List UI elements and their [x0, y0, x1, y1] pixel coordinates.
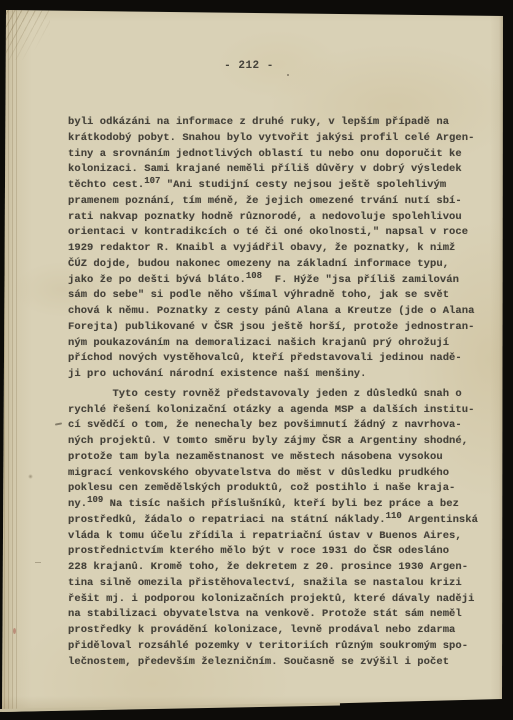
text-line: jako že po dešti bývá bláto.108 F. Hýže …: [68, 273, 488, 289]
text-line: tina silně omezila přistěhovalectví, sna…: [68, 576, 488, 592]
text-line: přiděloval rozsáhlé pozemky v teritoriíc…: [68, 639, 488, 655]
text-line: cí svědčí o tom, že nenechaly bez povšim…: [68, 418, 488, 434]
text-line: řešit mj. i podporou kolonizačních proje…: [68, 592, 488, 608]
text-line: migrací venkovského obyvatelstva do měst…: [68, 466, 488, 482]
text-line: byli odkázáni na informace z druhé ruky,…: [68, 115, 488, 131]
text-line: tiny a srovnáním jednotlivých oblastí tu…: [68, 147, 488, 163]
footnote-marker: 110: [386, 511, 402, 521]
text-line: 228 krajanů. Kromě toho, že dekretem z 2…: [68, 560, 488, 576]
text-line: vláda k tomu účelu zřídila i repatriační…: [68, 529, 488, 545]
ink-smudge: [28, 474, 33, 479]
footnote-marker: 108: [246, 271, 262, 281]
text-line: orientaci v kontradikcích o té či oné ok…: [68, 225, 488, 241]
text-line: poklesu cen zemědělských produktů, což p…: [68, 481, 488, 497]
text-line: pramenem poznání, tím méně, že jejich om…: [68, 194, 488, 210]
text-line: chová k němu. Poznatky z cesty pánů Alan…: [68, 304, 488, 320]
text-line: kolonizaci. Sami krajané neměli příliš d…: [68, 162, 488, 178]
scan-background: - 212 - byli odkázáni na informace z dru…: [0, 0, 513, 720]
text-line: těchto cest.107 "Ani studijní cesty nejs…: [68, 178, 488, 194]
text-line: příchod nových vystěhovalců, kteří předs…: [68, 351, 488, 367]
document-page: - 212 - byli odkázáni na informace z dru…: [2, 8, 504, 712]
page-number: - 212 -: [0, 60, 500, 72]
pencil-mark: [55, 422, 62, 425]
text-line: ných projektů. V tomto směru byly zájmy …: [68, 434, 488, 450]
stacked-page-edges: [4, 8, 20, 712]
paper-speck: [13, 628, 16, 634]
text-line: prostřednictvím kterého mělo být v roce …: [68, 544, 488, 560]
text-line: ným poukazováním na demoralizaci našich …: [68, 336, 488, 352]
text-line: lečnostem, především železničním. Součas…: [68, 655, 488, 671]
text-line: 1929 redaktor R. Knaibl a vyjádřil obavy…: [68, 241, 488, 257]
text-line: na stabilizaci obyvatelstva na venkově. …: [68, 607, 488, 623]
ink-dot: [287, 74, 289, 76]
text-line: Tyto cesty rovněž představovaly jeden z …: [68, 387, 488, 403]
text-line: rati nakvap poznatky hodně různorodé, a …: [68, 210, 488, 226]
paragraph: byli odkázáni na informace z druhé ruky,…: [68, 115, 488, 383]
text-line: sám do sebe" si podle něho všímal výhrad…: [68, 288, 488, 304]
footnote-marker: 109: [87, 495, 103, 505]
pencil-mark: [35, 562, 41, 563]
text-line: rychlé řešení kolonizační otázky a agend…: [68, 403, 488, 419]
footnote-marker: 107: [144, 176, 160, 186]
text-line: Forejta) publikované v ČSR jsou ještě ho…: [68, 320, 488, 336]
text-line: prostředků, žádalo o repatriaci na státn…: [68, 513, 488, 529]
typewritten-text: byli odkázáni na informace z druhé ruky,…: [68, 115, 488, 670]
text-line: protože tam byla nezaměstnanost ve měste…: [68, 450, 488, 466]
text-line: prostředky k provádění kolonizace, levně…: [68, 623, 488, 639]
text-line: krátkodobý pobyt. Snahou bylo vytvořit j…: [68, 131, 488, 147]
text-line: ny.109 Na tisíc našich příslušníků, kteř…: [68, 497, 488, 513]
text-line: ČÚZ dojde, budou nakonec omezeny na zákl…: [68, 257, 488, 273]
corner-page-edges: [2, 8, 50, 60]
paragraph: Tyto cesty rovněž představovaly jeden z …: [68, 387, 488, 671]
text-line: ji pro uchování národní existence naší m…: [68, 367, 488, 383]
